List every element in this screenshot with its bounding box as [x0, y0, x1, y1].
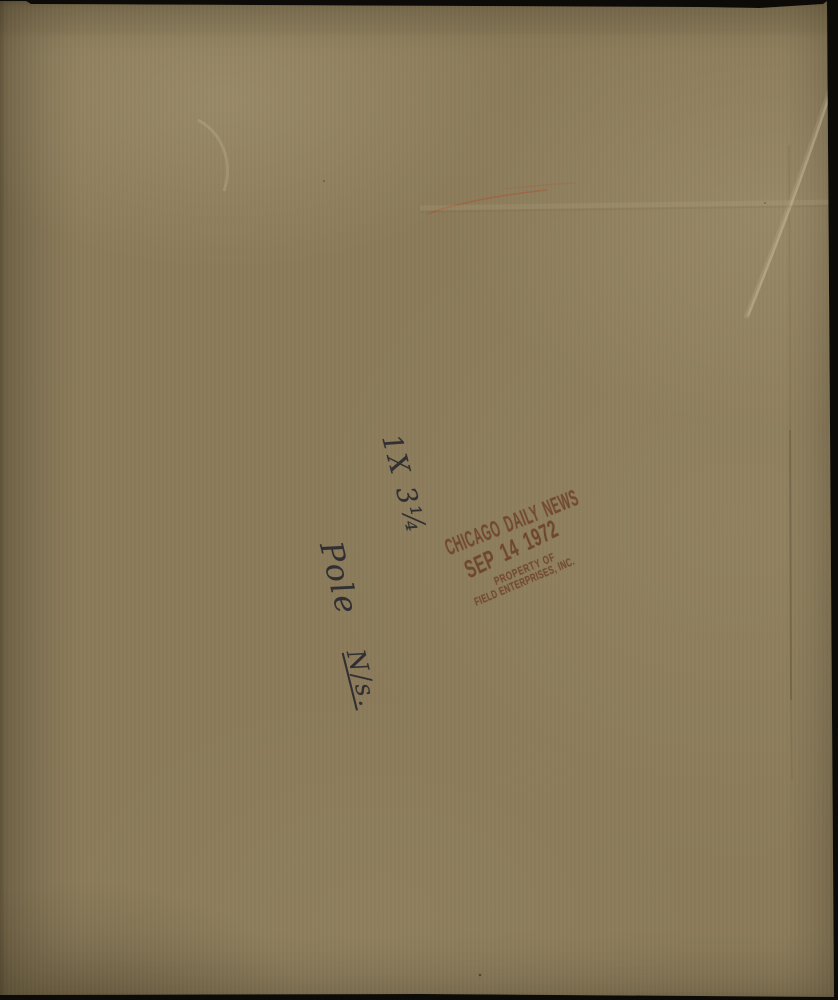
newspaper-archive-stamp: CHICAGO DAILY NEWS SEP 14 1972 PROPERTY …	[441, 450, 693, 620]
dust-speck	[764, 202, 766, 204]
handwritten-abbr-ns: N/s.	[341, 646, 383, 710]
crease-line-mid	[790, 430, 791, 700]
handwritten-word-pole: Pole	[312, 538, 365, 619]
photo-paper-back: 1X 3¼ PoleN/s. CHICAGO DAILY NEWS SEP 14…	[0, 0, 838, 1000]
red-scratch-mark-faint	[505, 183, 575, 189]
dust-speck	[323, 180, 325, 182]
sheen-curve-top-right	[748, 78, 835, 316]
crease-line-lower	[791, 700, 792, 780]
handwritten-size-annotation: 1X 3¼	[375, 431, 432, 539]
tonal-boundary-dark	[420, 206, 838, 212]
photo-verso-scan: 1X 3¼ PoleN/s. CHICAGO DAILY NEWS SEP 14…	[0, 0, 838, 1000]
handwritten-subject-annotation: PoleN/s.	[312, 538, 388, 711]
dust-speck	[479, 974, 482, 977]
tonal-boundary-light	[420, 202, 838, 208]
sheen-curve-top-right-soft	[746, 80, 833, 318]
red-scratch-mark	[428, 190, 546, 214]
sheen-arc-upper-left	[198, 120, 227, 191]
crease-line-upper	[789, 145, 790, 430]
